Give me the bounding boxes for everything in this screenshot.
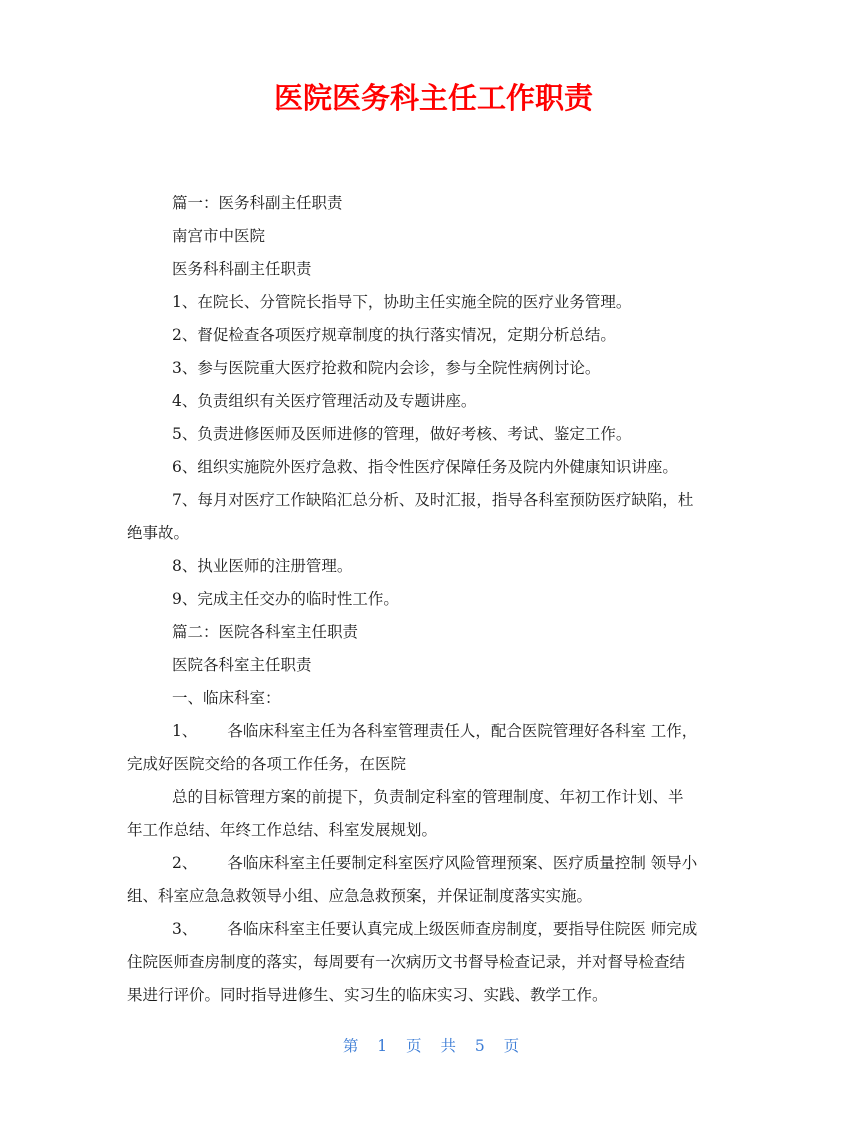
clinical-item-1: 1、各临床科室主任为各科室管理责任人，配合医院管理好各科室 工作， — [127, 715, 747, 748]
line-text: 4、负责组织有关医疗管理活动及专题讲座。 — [172, 392, 476, 410]
section-heading-2: 篇二：医院各科室主任职责 — [127, 616, 747, 649]
duty-item-9: 9、完成主任交办的临时性工作。 — [127, 583, 747, 616]
line-text: 年工作总结、年终工作总结、科室发展规划。 — [127, 821, 437, 839]
clinical-item-3-cont-2: 果进行评价。同时指导进修生、实习生的临床实习、实践、教学工作。 — [127, 979, 747, 1012]
clinical-dept-heading: 一、临床科室： — [127, 682, 747, 715]
hospital-name: 南宫市中医院 — [127, 220, 747, 253]
line-text: 篇二：医院各科室主任职责 — [172, 623, 358, 641]
section-heading-1: 篇一：医务科副主任职责 — [127, 187, 747, 220]
clinical-item-2-cont: 组、科室应急急救领导小组、应急急救预案，并保证制度落实实施。 — [127, 880, 747, 913]
line-text: 篇一：医务科副主任职责 — [172, 194, 343, 212]
duty-item-1: 1、在院长、分管院长指导下，协助主任实施全院的医疗业务管理。 — [127, 286, 747, 319]
line-text: 一、临床科室： — [172, 689, 281, 707]
duty-item-6: 6、组织实施院外医疗急救、指令性医疗保障任务及院内外健康知识讲座。 — [127, 451, 747, 484]
clinical-item-1-cont: 完成好医院交给的各项工作任务，在医院 — [127, 748, 747, 781]
line-text: 8、执业医师的注册管理。 — [172, 557, 352, 575]
line-text: 6、组织实施院外医疗急救、指令性医疗保障任务及院内外健康知识讲座。 — [172, 458, 678, 476]
line-text: 各临床科室主任为各科室管理责任人，配合医院管理好各科室 工作， — [227, 722, 697, 740]
line-text: 医务科科副主任职责 — [172, 260, 312, 278]
item-number: 2、 — [172, 854, 197, 872]
line-text: 1、在院长、分管院长指导下，协助主任实施全院的医疗业务管理。 — [172, 293, 631, 311]
line-text: 总的目标管理方案的前提下，负责制定科室的管理制度、年初工作计划、半 — [172, 788, 684, 806]
item-number: 3、 — [172, 920, 197, 938]
line-text: 2、督促检查各项医疗规章制度的执行落实情况，定期分析总结。 — [172, 326, 616, 344]
duty-item-8: 8、执业医师的注册管理。 — [127, 550, 747, 583]
line-text: 绝事故。 — [127, 524, 189, 542]
subheading: 医务科科副主任职责 — [127, 253, 747, 286]
line-text: 完成好医院交给的各项工作任务，在医院 — [127, 755, 406, 773]
line-text: 住院医师查房制度的落实，每周要有一次病历文书督导检查记录，并对督导检查结 — [127, 953, 685, 971]
duty-item-4: 4、负责组织有关医疗管理活动及专题讲座。 — [127, 385, 747, 418]
line-text: 南宫市中医院 — [172, 227, 265, 245]
line-text: 医院各科室主任职责 — [172, 656, 312, 674]
duty-item-3: 3、参与医院重大医疗抢救和院内会诊，参与全院性病例讨论。 — [127, 352, 747, 385]
clinical-item-1-para: 总的目标管理方案的前提下，负责制定科室的管理制度、年初工作计划、半 — [127, 781, 747, 814]
line-text: 7、每月对医疗工作缺陷汇总分析、及时汇报，指导各科室预防医疗缺陷，杜 — [172, 491, 693, 509]
clinical-item-3-cont: 住院医师查房制度的落实，每周要有一次病历文书督导检查记录，并对督导检查结 — [127, 946, 747, 979]
clinical-item-3: 3、各临床科室主任要认真完成上级医师查房制度，要指导住院医 师完成 — [127, 913, 747, 946]
document-page: 医院医务科主任工作职责 篇一：医务科副主任职责 南宫市中医院 医务科科副主任职责… — [0, 0, 867, 1122]
line-text: 各临床科室主任要制定科室医疗风险管理预案、医疗质量控制 领导小 — [227, 854, 697, 872]
line-text: 3、参与医院重大医疗抢救和院内会诊，参与全院性病例讨论。 — [172, 359, 600, 377]
line-text: 各临床科室主任要认真完成上级医师查房制度，要指导住院医 师完成 — [227, 920, 697, 938]
document-body: 篇一：医务科副主任职责 南宫市中医院 医务科科副主任职责 1、在院长、分管院长指… — [127, 187, 747, 1012]
duty-item-7: 7、每月对医疗工作缺陷汇总分析、及时汇报，指导各科室预防医疗缺陷，杜 — [127, 484, 747, 517]
duty-item-5: 5、负责进修医师及医师进修的管理，做好考核、考试、鉴定工作。 — [127, 418, 747, 451]
line-text: 5、负责进修医师及医师进修的管理，做好考核、考试、鉴定工作。 — [172, 425, 631, 443]
line-text: 组、科室应急急救领导小组、应急急救预案，并保证制度落实实施。 — [127, 887, 592, 905]
line-text: 果进行评价。同时指导进修生、实习生的临床实习、实践、教学工作。 — [127, 986, 608, 1004]
clinical-item-1-para-cont: 年工作总结、年终工作总结、科室发展规划。 — [127, 814, 747, 847]
subheading-2: 医院各科室主任职责 — [127, 649, 747, 682]
duty-item-7-cont: 绝事故。 — [127, 517, 747, 550]
line-text: 9、完成主任交办的临时性工作。 — [172, 590, 399, 608]
duty-item-2: 2、督促检查各项医疗规章制度的执行落实情况，定期分析总结。 — [127, 319, 747, 352]
document-title: 医院医务科主任工作职责 — [0, 76, 867, 120]
item-number: 1、 — [172, 722, 197, 740]
clinical-item-2: 2、各临床科室主任要制定科室医疗风险管理预案、医疗质量控制 领导小 — [127, 847, 747, 880]
page-number-footer: 第 1 页 共 5 页 — [0, 1034, 867, 1056]
